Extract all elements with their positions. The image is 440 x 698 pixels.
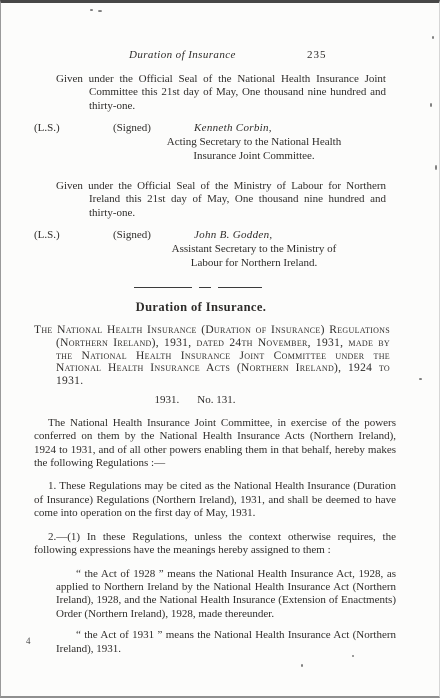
scan-speck bbox=[301, 664, 303, 667]
running-header-title: Duration of Insurance bbox=[129, 49, 236, 62]
section-divider bbox=[0, 287, 396, 288]
signature-row: (L.S.) (Signed) John B. Godden, bbox=[34, 229, 396, 243]
page-number: 235 bbox=[307, 49, 327, 62]
signatory-title-line: Insurance Joint Committee. bbox=[129, 150, 379, 163]
signatory-title: Acting Secretary to the National Health … bbox=[129, 136, 379, 163]
definition-act-of-1928: “ the Act of 1928 ” means the National H… bbox=[56, 568, 396, 622]
signatory-name: Kenneth Corbin, bbox=[194, 122, 272, 135]
signatory-title-line: Assistant Secretary to the Ministry of bbox=[129, 243, 379, 256]
regulation-heading: Duration of Insurance. bbox=[34, 301, 368, 314]
scan-speck bbox=[432, 36, 434, 39]
page-content: Given under the Official Seal of the Nat… bbox=[34, 73, 396, 664]
citation-number: No. 131. bbox=[197, 394, 235, 406]
attestation-paragraph-ministry-of-labour: Given under the Official Seal of the Min… bbox=[89, 180, 386, 220]
signed-label: (Signed) bbox=[113, 122, 151, 135]
citation-year: 1931. bbox=[155, 394, 180, 406]
signed-label: (Signed) bbox=[113, 229, 151, 242]
signatory-title-line: Labour for Northern Ireland. bbox=[129, 257, 379, 270]
signatory-title-line: Acting Secretary to the National Health bbox=[129, 136, 379, 149]
seal-mark: (L.S.) bbox=[34, 122, 60, 135]
printers-signature-mark: 4 bbox=[26, 635, 31, 648]
scan-speck bbox=[98, 10, 102, 12]
signatory-title: Assistant Secretary to the Ministry of L… bbox=[129, 243, 379, 270]
clause-2: 2.—(1) In these Regulations, unless the … bbox=[34, 531, 396, 558]
clause-1: 1. These Regulations may be cited as the… bbox=[34, 480, 396, 520]
citation-line: 1931.No. 131. bbox=[34, 394, 356, 407]
signature-block-joint-committee: (L.S.) (Signed) Kenneth Corbin, Acting S… bbox=[34, 122, 396, 163]
seal-mark: (L.S.) bbox=[34, 229, 60, 242]
attestation-paragraph-joint-committee: Given under the Official Seal of the Nat… bbox=[89, 73, 386, 113]
scan-speck bbox=[430, 103, 432, 107]
signature-row: (L.S.) (Signed) Kenneth Corbin, bbox=[34, 122, 396, 136]
scan-speck bbox=[419, 378, 422, 380]
signatory-name: John B. Godden, bbox=[194, 229, 272, 242]
scan-speck bbox=[90, 9, 93, 11]
scan-speck bbox=[435, 165, 437, 170]
preamble-paragraph: The National Health Insurance Joint Comm… bbox=[34, 417, 396, 471]
signature-block-ministry-of-labour: (L.S.) (Signed) John B. Godden, Assistan… bbox=[34, 229, 396, 270]
document-page: Duration of Insurance 235 Given under th… bbox=[0, 0, 440, 698]
regulation-long-title: The National Health Insurance (Duration … bbox=[34, 324, 390, 387]
definition-act-of-1931: “ the Act of 1931 ” means the National H… bbox=[56, 629, 396, 656]
